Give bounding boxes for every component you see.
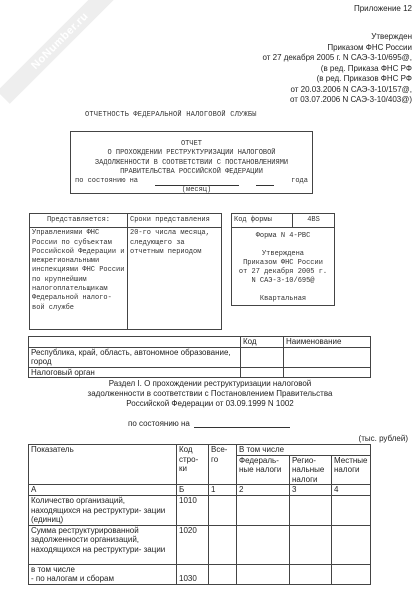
value-cell-local[interactable] bbox=[332, 564, 371, 584]
table-row: Количество организаций, находящихся на р… bbox=[29, 495, 371, 525]
value-cell-regional[interactable] bbox=[290, 525, 332, 564]
row-indicator: Количество организаций, находящихся на р… bbox=[29, 495, 177, 525]
region-header-code: Код bbox=[241, 337, 284, 348]
header-deadline: Сроки представления bbox=[128, 214, 222, 228]
region-label: Республика, край, область, автономное об… bbox=[29, 347, 241, 367]
submission-table: Представляется: Сроки представления Упра… bbox=[29, 213, 222, 330]
tax-authority-label: Налоговый орган bbox=[29, 367, 241, 378]
approval-line: Утвержден bbox=[262, 32, 412, 43]
approval-line: от 03.07.2006 N САЭ-3-10/403@) bbox=[262, 95, 412, 106]
approval-line: (в ред. Приказов ФНС РФ bbox=[262, 74, 412, 85]
col-local-header: Местные налоги bbox=[332, 455, 371, 485]
section-as-of: по состоянию на bbox=[128, 418, 290, 428]
form-number: Форма N 4-РВС bbox=[234, 232, 332, 241]
header-submitted-by: Представляется: bbox=[30, 214, 128, 228]
month-caption: (месяц) bbox=[81, 186, 312, 195]
fns-reporting-title: ОТЧЕТНОСТЬ ФЕДЕРАЛЬНОЙ НАЛОГОВОЙ СЛУЖБЫ bbox=[85, 111, 257, 119]
col-index: Б bbox=[177, 485, 209, 496]
value-cell-federal[interactable] bbox=[237, 564, 290, 584]
value-cell-federal[interactable] bbox=[237, 495, 290, 525]
col-regional-header: Регио- нальные налоги bbox=[290, 455, 332, 485]
col-index: А bbox=[29, 485, 177, 496]
value-cell-total[interactable] bbox=[209, 495, 237, 525]
form-code-value: 4ВS bbox=[293, 214, 335, 228]
value-cell-total[interactable] bbox=[209, 564, 237, 584]
appendix-label: Приложение 12 bbox=[354, 4, 412, 14]
value-cell-federal[interactable] bbox=[237, 525, 290, 564]
region-header-name: Наименование bbox=[284, 337, 371, 348]
region-header-blank bbox=[29, 337, 241, 348]
col-row-code-header: Код стро- ки bbox=[177, 445, 209, 485]
form-code-table: Код формы 4ВS Форма N 4-РВС Утверждена П… bbox=[231, 213, 335, 306]
value-cell-regional[interactable] bbox=[290, 495, 332, 525]
submitted-by: Управлениями ФНС России по субъектам Рос… bbox=[30, 228, 128, 330]
row-code: 1030 bbox=[177, 564, 209, 584]
col-index: 4 bbox=[332, 485, 371, 496]
report-subtitle: ПРАВИТЕЛЬСТВА РОССИЙСКОЙ ФЕДЕРАЦИИ bbox=[71, 168, 312, 177]
report-title: ОТЧЕТ bbox=[71, 140, 312, 149]
value-cell-local[interactable] bbox=[332, 495, 371, 525]
row-code: 1020 bbox=[177, 525, 209, 564]
approval-line: (в ред. Приказа ФНС РФ bbox=[262, 64, 412, 75]
table-row: Сумма реструктурированной задолженности … bbox=[29, 525, 371, 564]
col-indicator-header: Показатель bbox=[29, 445, 177, 485]
section1-table: Показатель Код стро- ки Все- го В том чи… bbox=[28, 444, 371, 585]
col-total-header: Все- го bbox=[209, 445, 237, 485]
section-title-line: Раздел I. О прохождении реструктуризации… bbox=[0, 379, 420, 389]
report-subtitle: ЗАДОЛЖЕННОСТИ В СООТВЕТСТВИИ С ПОСТАНОВЛ… bbox=[68, 159, 315, 168]
row-indicator: Сумма реструктурированной задолженности … bbox=[29, 525, 177, 564]
value-cell-regional[interactable] bbox=[290, 564, 332, 584]
approval-line: Приказом ФНС России bbox=[262, 43, 412, 54]
tax-authority-name-cell[interactable] bbox=[284, 367, 371, 378]
row-indicator: в том числе - по налогам и сборам bbox=[29, 564, 177, 584]
column-index-row: А Б 1 2 3 4 bbox=[29, 485, 371, 496]
row-code: 1010 bbox=[177, 495, 209, 525]
table-row: в том числе - по налогам и сборам 1030 bbox=[29, 564, 371, 584]
section-title-line: задолженности в соответствии с Постановл… bbox=[0, 389, 420, 399]
section-as-of-field[interactable] bbox=[194, 418, 290, 428]
col-index: 2 bbox=[237, 485, 290, 496]
report-title-box: ОТЧЕТ О ПРОХОЖДЕНИИ РЕСТРУКТУРИЗАЦИИ НАЛ… bbox=[70, 131, 313, 194]
report-date-line: по состоянию на года bbox=[71, 177, 312, 186]
form-info: Форма N 4-РВС Утверждена Приказом ФНС Ро… bbox=[232, 228, 335, 306]
col-including-header: В том числе bbox=[237, 445, 371, 456]
tax-authority-code-cell[interactable] bbox=[241, 367, 284, 378]
section-title-line: Российской Федерации от 03.09.1999 N 100… bbox=[0, 399, 420, 409]
section-title: Раздел I. О прохождении реструктуризации… bbox=[0, 379, 420, 409]
region-name-cell[interactable] bbox=[284, 347, 371, 367]
approval-block: Утвержден Приказом ФНС России от 27 дека… bbox=[262, 32, 412, 106]
as-of-label: по состоянию на bbox=[75, 177, 138, 186]
units-label: (тыс. рублей) bbox=[359, 434, 408, 443]
month-field[interactable] bbox=[155, 177, 239, 186]
year-field[interactable] bbox=[256, 177, 274, 186]
report-subtitle: О ПРОХОЖДЕНИИ РЕСТРУКТУРИЗАЦИИ НАЛОГОВОЙ bbox=[71, 149, 312, 158]
value-cell-local[interactable] bbox=[332, 525, 371, 564]
col-federal-header: Федераль- ные налоги bbox=[237, 455, 290, 485]
col-index: 3 bbox=[290, 485, 332, 496]
form-code-label: Код формы bbox=[232, 214, 293, 228]
form-approved-line: Приказом ФНС России bbox=[234, 259, 332, 268]
year-label: года bbox=[291, 177, 308, 186]
watermark: NoNumber.ru bbox=[0, 0, 123, 104]
section-as-of-label: по состоянию на bbox=[128, 419, 190, 428]
region-table: Код Наименование Республика, край, облас… bbox=[28, 336, 371, 378]
region-code-cell[interactable] bbox=[241, 347, 284, 367]
deadline: 20-го числа месяца, следующего за отчетн… bbox=[128, 228, 222, 330]
approval-line: от 20.03.2006 N САЭ-3-10/157@, bbox=[262, 85, 412, 96]
form-periodicity: Квартальная bbox=[234, 295, 332, 304]
form-approved-line: от 27 декабря 2005 г. bbox=[234, 268, 332, 277]
form-approved-line: N САЭ-3-10/695@ bbox=[234, 277, 332, 286]
col-index: 1 bbox=[209, 485, 237, 496]
form-approved-line: Утверждена bbox=[234, 250, 332, 259]
approval-line: от 27 декабря 2005 г. N САЭ-3-10/695@, bbox=[262, 53, 412, 64]
value-cell-total[interactable] bbox=[209, 525, 237, 564]
